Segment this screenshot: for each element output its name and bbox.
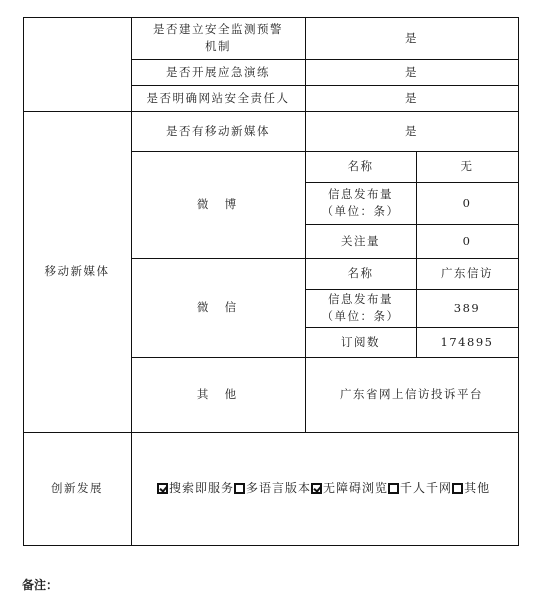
remarks-label: 备注： [22,576,58,593]
table-border-right [518,17,519,546]
weibo-posts-label: 信息发布量 （单位：条） [305,182,416,224]
has-mobile-media-label: 是否有移动新媒体 [131,111,305,151]
wechat-subscribers-label: 订阅数 [305,327,416,357]
wechat-posts-label: 信息发布量 （单位：条） [305,289,416,327]
checkbox-multilingual[interactable] [234,483,245,494]
emergency-drill-value: 是 [305,59,518,85]
weibo-name-label: 名称 [305,151,416,182]
option-label: 多语言版本 [246,480,311,497]
checkbox-personalized[interactable] [388,483,399,494]
innovation-checkbox-group: 搜索即服务 多语言版本 无障碍浏览 千人千网 其他 [157,480,490,497]
other-media-label: 其 他 [131,357,305,432]
report-table-page: 是否建立安全监测预警 机制 是 是否开展应急演练 是 是否明确网站安全责任人 是… [0,0,538,604]
label-line2: （单位：条） [322,308,400,325]
innovation-section-label: 创新发展 [23,432,131,545]
label-line2: 机制 [205,38,231,55]
wechat-name-value: 广东信访 [416,258,518,289]
has-mobile-media-value: 是 [305,111,518,151]
emergency-drill-label: 是否开展应急演练 [131,59,305,85]
checkbox-other[interactable] [452,483,463,494]
weibo-name-value: 无 [416,151,518,182]
label-line1: 信息发布量 [328,186,393,203]
table-border-bottom [23,545,519,546]
checkbox-accessibility[interactable] [311,483,322,494]
weibo-followers-value: 0 [416,224,518,258]
label-line1: 是否建立安全监测预警 [153,21,283,38]
option-label: 千人千网 [400,480,452,497]
wechat-label: 微 信 [131,258,305,357]
wechat-posts-value: 389 [416,289,518,327]
other-media-value: 广东省网上信访投诉平台 [305,357,518,432]
mobile-media-section-label: 移动新媒体 [23,111,131,432]
security-monitoring-label: 是否建立安全监测预警 机制 [131,17,305,59]
weibo-posts-value: 0 [416,182,518,224]
checkbox-search-service[interactable] [157,483,168,494]
wechat-subscribers-value: 174895 [416,327,518,357]
label-line1: 信息发布量 [328,291,393,308]
option-label: 其他 [464,480,490,497]
wechat-name-label: 名称 [305,258,416,289]
weibo-label: 微 博 [131,151,305,258]
weibo-followers-label: 关注量 [305,224,416,258]
security-monitoring-value: 是 [305,17,518,59]
label-line2: （单位：条） [322,203,400,220]
security-owner-value: 是 [305,85,518,111]
option-label: 无障碍浏览 [323,480,388,497]
option-label: 搜索即服务 [169,480,234,497]
innovation-options: 搜索即服务 多语言版本 无障碍浏览 千人千网 其他 [131,432,518,545]
security-owner-label: 是否明确网站安全责任人 [131,85,305,111]
